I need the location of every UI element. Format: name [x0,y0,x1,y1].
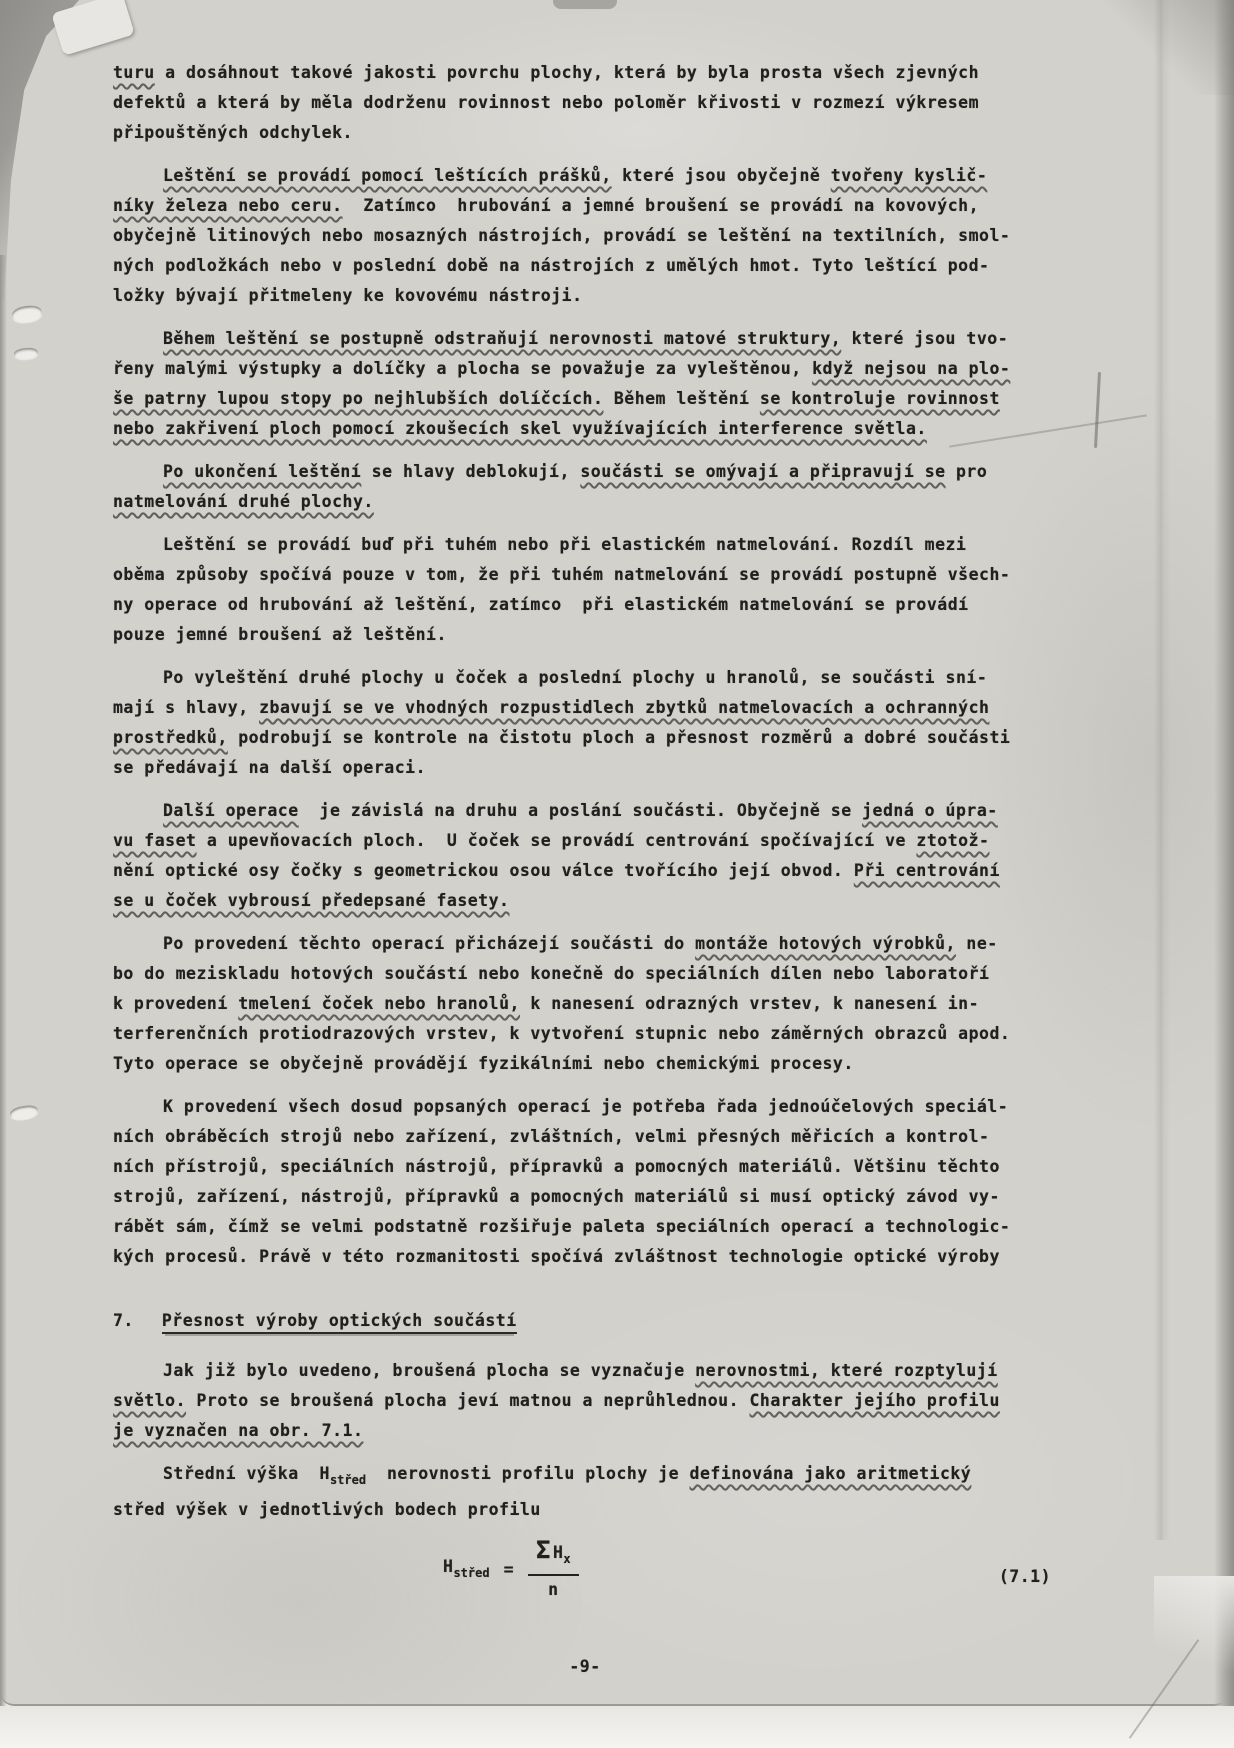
text-line: defektů a která by měla dodrženu rovinno… [113,88,1057,118]
text-segment: Střední výška H [163,1464,330,1483]
text-line: Tyto operace se obyčejně provádějí fyzik… [113,1049,1057,1079]
text-line: Po provedení těchto operací přicházejí s… [113,929,1057,959]
text-segment: se hlavy deblokují, [361,462,580,481]
text-segment: ných podložkách nebo v poslední době na … [113,256,989,275]
equals-sign: = [504,1555,514,1585]
text-line: nění optické osy čočky s geometrickou os… [113,856,1057,886]
text-segment: obyčejně litinových nebo mosazných nástr… [113,226,1010,245]
text-segment: mají s hlavy, [113,698,259,717]
text-segment: Během leštění [603,389,760,408]
formula-lhs: Hstřed [443,1552,490,1588]
text-line: nebo zakřivení ploch pomocí zkoušecích s… [113,414,1057,444]
underlined-text-segment: zbavují se ve vhodných rozpustidlech zby… [259,698,989,717]
paragraph: turu a dosáhnout takové jakosti povrchu … [113,58,1057,148]
text-line: mají s hlavy, zbavují se ve vhodných roz… [113,693,1057,723]
fraction: ΣHx n [528,1538,579,1602]
text-segment: k provedení [113,994,238,1013]
text-line: strojů, zařízení, nástrojů, přípravků a … [113,1182,1057,1212]
numerator: ΣHx [528,1538,579,1576]
text-line: ny operace od hrubování až leštění, zatí… [113,590,1057,620]
text-line: střed výšek v jednotlivých bodech profil… [113,1495,1057,1525]
text-segment: K provedení všech dosud popsaných operac… [163,1097,1008,1116]
underlined-text-segment: nebo zakřivení ploch pomocí zkoušecích s… [113,419,927,438]
underlined-text-segment: Leštění se provádí pomocí leštících práš… [163,166,612,185]
text-line: prostředků, podrobují se kontrole na čis… [113,723,1057,753]
paragraph: Po ukončení leštění se hlavy deblokují, … [113,457,1057,517]
underlined-text-segment: když nejsou na plo- [812,359,1010,378]
text-segment: se předávají na další operaci. [113,758,426,777]
page-content: turu a dosáhnout takové jakosti povrchu … [113,58,1057,1682]
paragraph: Leštění se provádí buď při tuhém nebo př… [113,530,1057,650]
text-line: řeny malými výstupky a dolíčky a plocha … [113,354,1057,384]
text-segment: strojů, zařízení, nástrojů, přípravků a … [113,1187,1000,1206]
text-segment: ložky bývají přitmeleny ke kovovému nást… [113,286,583,305]
scan-background-strip [0,1706,1234,1748]
formula-expression: Hstřed= ΣHx n [443,1538,579,1602]
underlined-text-segment: součásti se omývají a připravují se [580,462,945,481]
text-segment: rábět sám, čímž se velmi podstatně rozši… [113,1217,1010,1236]
paragraph: Po provedení těchto operací přicházejí s… [113,929,1057,1079]
text-line: Po ukončení leštění se hlavy deblokují, … [113,457,1057,487]
formula-7-1: Hstřed= ΣHx n (7.1) [113,1538,1057,1622]
underlined-text-segment: Charakter jejího profilu [749,1391,999,1410]
text-segment: a dosáhnout takové jakosti povrchu ploch… [155,63,979,82]
text-line: obyčejně litinových nebo mosazných nástr… [113,221,1057,251]
underlined-text-segment: natmelování druhé plochy. [113,492,374,511]
text-segment: připouštěných odchylek. [113,123,353,142]
text-segment: ne- [956,934,998,953]
underlined-text-segment: ztotož- [916,831,989,850]
sigma-symbol: Σ [536,1536,551,1564]
formula-lhs-subscript: střed [453,1566,489,1580]
text-segment: pro [946,462,988,481]
text-segment: Jak již bylo uvedeno, broušená plocha se… [163,1361,695,1380]
text-line: natmelování druhé plochy. [113,487,1057,517]
text-segment: kých procesů. Právě v této rozmanitosti … [113,1247,1000,1266]
text-line: ních obráběcích strojů nebo zařízení, zv… [113,1122,1057,1152]
underlined-text-segment: světlo. [113,1391,186,1410]
text-line: oběma způsoby spočívá pouze v tom, že př… [113,560,1057,590]
text-line: K provedení všech dosud popsaných operac… [113,1092,1057,1122]
text-segment: střed [330,1473,366,1487]
paragraph: Po vyleštění druhé plochy u čoček a posl… [113,663,1057,783]
text-segment: defektů a která by měla dodrženu rovinno… [113,93,979,112]
underlined-text-segment: jedná o úpra- [862,801,998,820]
text-line: Jak již bylo uvedeno, broušená plocha se… [113,1356,1057,1386]
formula-lhs-base: H [443,1557,453,1576]
text-segment: oběma způsoby spočívá pouze v tom, že př… [113,565,1010,584]
paragraph: Střední výška Hstřed nerovnosti profilu … [113,1459,1057,1525]
text-line: ložky bývají přitmeleny ke kovovému nást… [113,281,1057,311]
underlined-text-segment: tmelení čoček nebo hranolů, [238,994,520,1013]
underlined-text-segment: tvořeny kyslič- [831,166,988,185]
text-line: vu faset a upevňovacích ploch. U čoček s… [113,826,1057,856]
text-segment: střed výšek v jednotlivých bodech profil… [113,1500,541,1519]
text-segment: terferenčních protiodrazových vrstev, k … [113,1024,1010,1043]
text-segment: nění optické osy čočky s geometrickou os… [113,861,854,880]
underlined-text-segment: se u čoček vybrousí předepsané fasety. [113,891,510,910]
underlined-text-segment: Po ukončení leštění [163,462,361,481]
paragraph: Další operace je závislá na druhu a posl… [113,796,1057,916]
numerator-subscript: x [563,1552,570,1566]
text-line: níky železa nebo ceru. Zatímco hrubování… [113,191,1057,221]
underlined-text-segment: montáže hotových výrobků, [695,934,956,953]
text-line: Leštění se provádí pomocí leštících práš… [113,161,1057,191]
underlined-text-segment: se kontroluje rovinnost [760,389,1000,408]
underlined-text-segment: Další operace [163,801,299,820]
paragraph: Během leštění se postupně odstraňují ner… [113,324,1057,444]
underlined-text-segment: nerovnostmi, které rozptylují [695,1361,998,1380]
underlined-text-segment: Při centrování [854,861,1000,880]
text-segment: které jsou obyčejně [612,166,831,185]
underlined-text-segment: turu [113,63,155,82]
text-segment: Po provedení těchto operací přicházejí s… [163,934,695,953]
section-title: Přesnost výroby optických součástí [162,1311,517,1334]
underlined-text-segment: še patrny lupou stopy po nejhlubších dol… [113,389,603,408]
text-line: se u čoček vybrousí předepsané fasety. [113,886,1057,916]
text-segment: k nanesení odrazných vrstev, k nanesení … [520,994,979,1013]
text-line: Během leštění se postupně odstraňují ner… [113,324,1057,354]
equation-number: (7.1) [999,1562,1051,1592]
paragraph: K provedení všech dosud popsaných operac… [113,1092,1057,1272]
section-number: 7. [113,1311,134,1330]
text-line: pouze jemné broušení až leštění. [113,620,1057,650]
text-line: Střední výška Hstřed nerovnosti profilu … [113,1459,1057,1495]
text-segment: řeny malými výstupky a dolíčky a plocha … [113,359,812,378]
text-line: Další operace je závislá na druhu a posl… [113,796,1057,826]
text-segment: a upevňovacích ploch. U čoček se provádí… [196,831,916,850]
text-line: ních přístrojů, speciálních nástrojů, př… [113,1152,1057,1182]
underlined-text-segment: níky železa nebo ceru. [113,196,343,215]
text-segment: Zatímco hrubování a jemné broušení se pr… [343,196,979,215]
section-heading: 7.Přesnost výroby optických součástí [113,1306,1057,1336]
underlined-text-segment: definována jako aritmetický [690,1464,972,1483]
text-line: světlo. Proto se broušená plocha jeví ma… [113,1386,1057,1416]
text-line: ných podložkách nebo v poslední době na … [113,251,1057,281]
text-segment: které jsou tvo- [841,329,1008,348]
paragraph: Jak již bylo uvedeno, broušená plocha se… [113,1356,1057,1446]
text-segment: Proto se broušená plocha jeví matnou a n… [186,1391,749,1410]
scanned-page: turu a dosáhnout takové jakosti povrchu … [0,0,1234,1706]
text-line: je vyznačen na obr. 7.1. [113,1416,1057,1446]
text-line: Leštění se provádí buď při tuhém nebo př… [113,530,1057,560]
paragraph: Leštění se provádí pomocí leštících práš… [113,161,1057,311]
text-segment: podrobují se kontrole na čistotu ploch a… [228,728,1011,747]
underlined-text-segment: je vyznačen na obr. 7.1. [113,1421,363,1440]
text-line: še patrny lupou stopy po nejhlubších dol… [113,384,1057,414]
text-line: se předávají na další operaci. [113,753,1057,783]
text-line: k provedení tmelení čoček nebo hranolů, … [113,989,1057,1019]
text-segment: Leštění se provádí buď při tuhém nebo př… [163,535,966,554]
text-segment: pouze jemné broušení až leštění. [113,625,447,644]
text-segment: bo do meziskladu hotových součástí nebo … [113,964,989,983]
underlined-text-segment: Během leštění se postupně odstraňují ner… [163,329,841,348]
denominator: n [548,1576,558,1602]
text-line: rábět sám, čímž se velmi podstatně rozši… [113,1212,1057,1242]
text-segment: ních přístrojů, speciálních nástrojů, př… [113,1157,1000,1176]
text-segment: je závislá na druhu a poslání součásti. … [299,801,862,820]
text-line: připouštěných odchylek. [113,118,1057,148]
underlined-text-segment: vu faset [113,831,196,850]
document-text: turu a dosáhnout takové jakosti povrchu … [113,58,1057,1525]
text-segment: Tyto operace se obyčejně provádějí fyzik… [113,1054,854,1073]
text-segment: Po vyleštění druhé plochy u čoček a posl… [163,668,987,687]
page-number: -9- [113,1652,1057,1682]
text-line: Po vyleštění druhé plochy u čoček a posl… [113,663,1057,693]
text-line: kých procesů. Právě v této rozmanitosti … [113,1242,1057,1272]
text-segment: ny operace od hrubování až leštění, zatí… [113,595,969,614]
text-segment: nerovnosti profilu plochy je [366,1464,689,1483]
text-line: terferenčních protiodrazových vrstev, k … [113,1019,1057,1049]
text-line: bo do meziskladu hotových součástí nebo … [113,959,1057,989]
underlined-text-segment: prostředků, [113,728,228,747]
text-line: turu a dosáhnout takové jakosti povrchu … [113,58,1057,88]
text-segment: ních obráběcích strojů nebo zařízení, zv… [113,1127,989,1146]
numerator-base: H [553,1543,563,1562]
